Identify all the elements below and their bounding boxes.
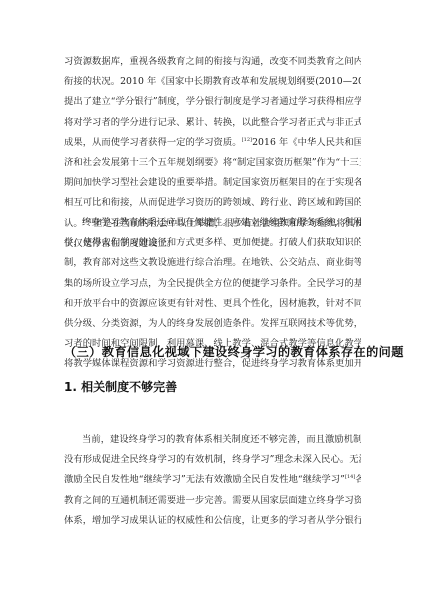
citation-marker: [12] (242, 137, 252, 143)
text-line: 集的场所设立学习点，为全民提供全方位的便捷学习条件。全民学习的基础设施 (64, 274, 361, 294)
text-segment: 2016 年《中华人民共和国国民经 (252, 137, 361, 148)
text-segment: 激励全民自发性地“继续学习”无法有效激励全民自发性地“继续学习” (64, 474, 345, 485)
text-line: 制，教育部对这些文教设施进行综合治理。在地铁、公交站点、商业街等人口聚 (64, 253, 361, 273)
text-line: 和开放平台中的资源应该更有针对性、更具个性化，因材施教，针对不同群体提 (64, 294, 361, 314)
text-line: 相互可比和衔接，从而促进学习资历的跨领域、跨行业、跨区域和跨国的相互承 (64, 193, 361, 213)
citation-marker: [14] (345, 474, 355, 480)
text-line: 没有形成促进全民终身学习的有效机制，终身学习”理念未深入民心。无法有效 (64, 450, 361, 470)
text-line: 习资源数据库，重视各级教育之间的衔接与沟通，改变不同类教育之间内容互不 (64, 52, 361, 72)
paragraph-system-issues: 当前，建设终身学习的教育体系相关制度还不够完善，而且激励机制不完善， 没有形成促… (64, 430, 361, 531)
text-line: 教育之间的互通机制还需要进一步完善。需要从国家层面建立终身学习资历框架 (64, 491, 361, 511)
text-line: 学，使得人们学习的途径和方式更多样、更加便捷。打破人们获取知识的时空限 (64, 233, 361, 253)
text-segment: 成果，从而使学习者获得一定的学习资质。 (64, 137, 242, 148)
text-line: 期间加快学习型社会建设的重要举措。制定国家资历框架目的在于实现各种资历 (64, 173, 361, 193)
text-line: 体系，增加学习成果认证的权威性和公信度，让更多的学习者从学分银行受益。 (64, 511, 361, 531)
text-line: 成果，从而使学习者获得一定的学习资质。[12]2016 年《中华人民共和国国民经 (64, 133, 361, 153)
document-page: 习资源数据库，重视各级教育之间的衔接与沟通，改变不同类教育之间内容互不 衔接的状… (0, 0, 424, 600)
text-line: 济和社会发展第十三个五年规划纲要》将“制定国家资历框架”作为“十三五” (64, 153, 361, 173)
text-line: 提出了建立“学分银行”制度，学分银行制度是学习者通过学习获得相应学分并 (64, 92, 361, 112)
text-line: 当前，建设终身学习的教育体系相关制度还不够完善，而且激励机制不完善， (64, 430, 361, 450)
subsection-heading: 1. 相关制度不够完善 (64, 378, 177, 395)
text-segment: 各类 (355, 474, 361, 485)
text-line: 衔接的状况。2010 年《国家中长期教育改革和发展规划纲要(2010—2020 … (64, 72, 361, 92)
text-line: 将对学习者的学分进行记录、累计、转换，以此整合学习者正式与非正式的学习 (64, 113, 361, 133)
text-line: 终身学习教育体系还应具有便捷性。应建立继续教育服务系统，利用虚拟大 (64, 213, 361, 233)
text-line: 供分级、分类资源，为人的终身发展创造条件。发挥互联网技术等优势，突破学 (64, 314, 361, 334)
text-line: 激励全民自发性地“继续学习”无法有效激励全民自发性地“继续学习”[14]各类 (64, 470, 361, 490)
section-heading: （三）教育信息化视域下建设终身学习的教育体系存在的问题 (64, 343, 404, 360)
